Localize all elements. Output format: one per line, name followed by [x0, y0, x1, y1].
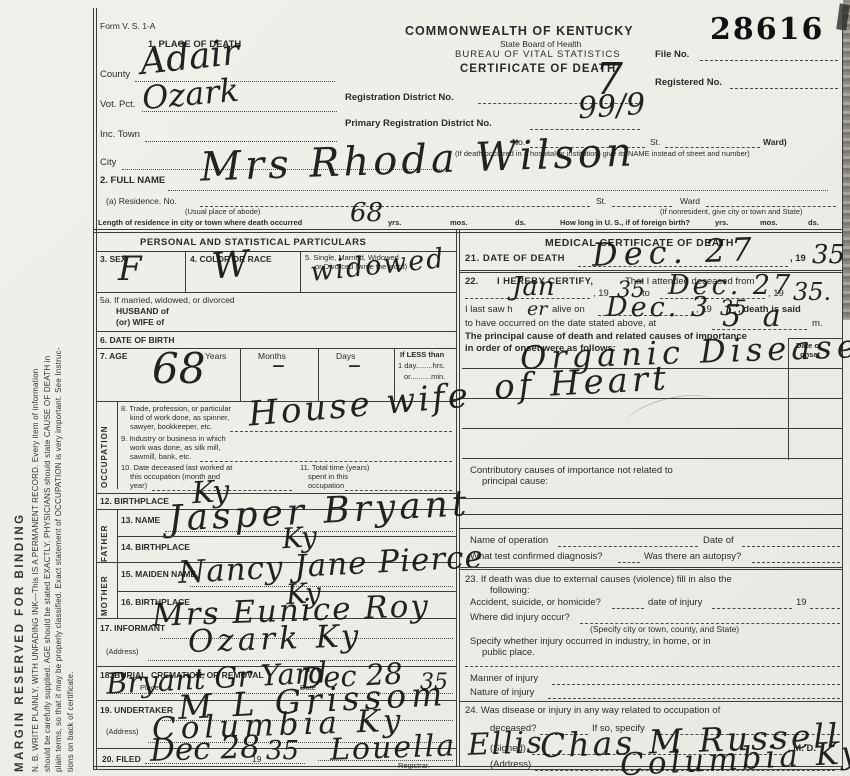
rule	[96, 8, 97, 769]
occurred-label: to have occurred on the date stated abov…	[465, 319, 656, 330]
contributory-line2: principal cause:	[482, 477, 548, 488]
age-days-handwritten: –	[348, 352, 361, 378]
filed-label: 20. FILED	[102, 755, 141, 765]
rule	[93, 8, 94, 769]
alive-on-label: alive on	[552, 305, 585, 316]
primary-district-label: Primary Registration District No.	[345, 119, 492, 130]
inc-town-label: Inc. Town	[100, 130, 140, 141]
filed-year-handwritten: 35	[266, 738, 299, 764]
length-residence-handwritten: 68	[350, 200, 383, 226]
rule	[810, 608, 840, 609]
vot-pct-label: Vot. Pct.	[100, 100, 135, 111]
sex-handwritten: F	[118, 252, 142, 286]
margin-binding-text: MARGIN RESERVED FOR BINDING	[14, 22, 26, 772]
date-of-death-handwritten: Dec. 27	[591, 233, 758, 271]
undertaker-address-label: (Address)	[106, 728, 139, 737]
margin-note-line: tions on back of certificate.	[65, 22, 77, 772]
certificate-title: CERTIFICATE OF DEATH	[460, 63, 616, 76]
nonresident-hint: (If nonresident, give city or town and S…	[660, 208, 803, 217]
attended-from-handwritten: Jan	[512, 274, 555, 300]
manner-of-injury-label: Manner of injury	[470, 674, 538, 685]
death-certificate-page: MARGIN RESERVED FOR BINDING N. B. WRITE …	[0, 0, 850, 776]
rule	[93, 229, 843, 230]
item10-line3: year)	[130, 482, 147, 491]
occupation-handwritten: House wife	[247, 378, 472, 431]
certificate-number: 28616	[710, 12, 824, 47]
ds-label: ds.	[515, 219, 526, 228]
injury-date-label: date of injury	[648, 598, 702, 609]
injury-19-label: 19	[796, 598, 807, 609]
yrs-label: yrs.	[388, 219, 401, 228]
rule	[96, 331, 456, 332]
item22-number: 22.	[465, 277, 478, 288]
rule	[240, 348, 241, 401]
rule	[742, 546, 840, 547]
rule	[185, 251, 186, 292]
rule	[712, 608, 792, 609]
test-label: What test confirmed diagnosis?	[470, 552, 603, 563]
rule	[552, 684, 840, 685]
cause-of-death-handwritten-line2: of Heart	[493, 361, 670, 404]
to-year-handwritten: 35.	[793, 280, 831, 304]
rule	[96, 292, 456, 293]
commonwealth-title: COMMONWEALTH OF KENTUCKY	[405, 24, 634, 38]
last-saw-label: I last saw h	[465, 305, 513, 316]
rule	[558, 546, 698, 547]
age-less-1: If LESS than	[400, 351, 444, 360]
rule	[730, 88, 838, 89]
signed-label: (Signed)	[490, 744, 526, 755]
rule	[117, 401, 118, 489]
mother-name-handwritten: Nancy Jane Pierce	[177, 542, 484, 589]
margin-note-line: plain terms, so that it may be properly …	[53, 22, 65, 772]
residence-st-label: St.	[596, 197, 606, 207]
specify-line2: public place.	[482, 648, 535, 659]
rule	[145, 763, 305, 764]
rule	[459, 701, 842, 702]
rule	[462, 498, 842, 499]
full-name-label: 2. FULL NAME	[100, 176, 165, 187]
occurred-time-handwritten: 5 a	[722, 302, 787, 332]
item8-line3: sawyer, bookkeeper, etc.	[130, 423, 213, 432]
age-label: 7. AGE	[100, 352, 128, 362]
mos-label: mos.	[450, 219, 468, 228]
primary-district-handwritten: 99/9	[577, 90, 646, 125]
occupation-side-label: OCCUPATION	[100, 410, 109, 488]
item5a-line2: HUSBAND of	[116, 307, 169, 317]
personal-section-title: PERSONAL AND STATISTICAL PARTICULARS	[140, 238, 366, 249]
race-handwritten: W	[211, 246, 251, 285]
operation-date-label: Date of	[703, 536, 734, 547]
margin-note-line: N. B. WRITE PLAINLY, WITH UNFADING INK—T…	[30, 22, 42, 772]
rule	[465, 666, 840, 667]
rule	[462, 458, 842, 459]
rule	[462, 514, 842, 515]
rule	[618, 562, 640, 563]
form-number: Form V. S. 1-A	[100, 22, 155, 32]
date-of-death-label: 21. DATE OF DEATH	[465, 254, 565, 265]
scan-edge-artifact	[843, 0, 850, 320]
autopsy-label: Was there an autopsy?	[644, 552, 741, 563]
us-length-label: How long in U. S., if of foreign birth?	[560, 219, 690, 228]
rule	[300, 251, 301, 292]
registrar-label: Registrar.	[398, 762, 430, 771]
rule	[168, 190, 828, 191]
rule	[700, 60, 838, 61]
ward-label: Ward)	[763, 138, 787, 148]
rule	[548, 698, 840, 699]
age-years-head: Years	[205, 352, 226, 362]
age-months-handwritten: –	[272, 352, 285, 378]
yrs2-label: yrs.	[715, 219, 728, 228]
rule	[612, 608, 644, 609]
accident-label: Accident, suicide, or homicide?	[470, 598, 601, 609]
saw-19-label: , 19	[696, 305, 712, 316]
rule	[842, 8, 843, 769]
vot-pct-handwritten: Ozark	[141, 74, 240, 114]
rule	[459, 528, 842, 529]
ds2-label: ds.	[808, 219, 819, 228]
item9-line3: sawmill, bank, etc.	[130, 453, 191, 462]
residence-ward-label: Ward	[680, 197, 700, 207]
rule	[459, 567, 842, 568]
rule	[752, 562, 840, 563]
rule	[200, 461, 452, 462]
filed-date-handwritten: Dec 28	[149, 732, 260, 767]
rule	[459, 569, 842, 570]
residence-label: (a) Residence. No.	[106, 197, 177, 207]
dod-19-label: , 19	[790, 254, 806, 265]
rule	[462, 428, 842, 429]
age-less-2: 1 day........hrs.	[398, 362, 445, 371]
dod-year-handwritten: 35	[812, 242, 845, 268]
county-label: County	[100, 70, 130, 81]
rule	[117, 562, 118, 618]
length-residence-label: Length of residence in city or town wher…	[98, 219, 302, 228]
father-side-label: FATHER	[100, 514, 109, 562]
file-no-label: File No.	[655, 50, 689, 61]
registration-district-label: Registration District No.	[345, 93, 454, 104]
margin-note-line: should be carefully supplied. AGE should…	[42, 22, 54, 772]
specify-hint: (Specify city or town, county, and State…	[590, 625, 739, 635]
birthplace-label: 12. BIRTHPLACE	[100, 497, 169, 507]
item5a-line1: 5a. If married, widowed, or divorced	[100, 296, 235, 306]
father-birthplace-label: 14. BIRTHPLACE	[121, 543, 190, 553]
operation-label: Name of operation	[470, 536, 548, 547]
mos2-label: mos.	[760, 219, 778, 228]
rule	[318, 760, 453, 761]
physician-address-label: (Address)	[490, 760, 531, 771]
rule	[96, 348, 456, 349]
informant-address-label: (Address)	[106, 648, 139, 657]
rule	[665, 147, 760, 148]
where-injury-label: Where did injury occur?	[470, 613, 570, 624]
deceased-label: deceased?	[490, 724, 536, 735]
city-label: City	[100, 158, 116, 169]
informant-address-handwritten: Ozark Ky	[188, 621, 363, 658]
item23-line2: following:	[490, 586, 530, 597]
father-name-label: 13. NAME	[121, 516, 160, 526]
st-label: St.	[650, 138, 660, 148]
item5a-line3: (or) WIFE of	[116, 318, 164, 328]
abode-hint: (Usual place of abode)	[185, 208, 260, 217]
age-years-handwritten: 68	[152, 348, 205, 390]
item24-line1: 24. Was disease or injury in any way rel…	[465, 706, 720, 717]
binding-margin-notes: MARGIN RESERVED FOR BINDING N. B. WRITE …	[14, 22, 76, 772]
mother-side-label: MOTHER	[100, 568, 109, 616]
registered-no-label: Registered No.	[655, 78, 722, 89]
saw-sex-handwritten: er	[527, 300, 547, 319]
nature-of-injury-label: Nature of injury	[470, 688, 534, 699]
